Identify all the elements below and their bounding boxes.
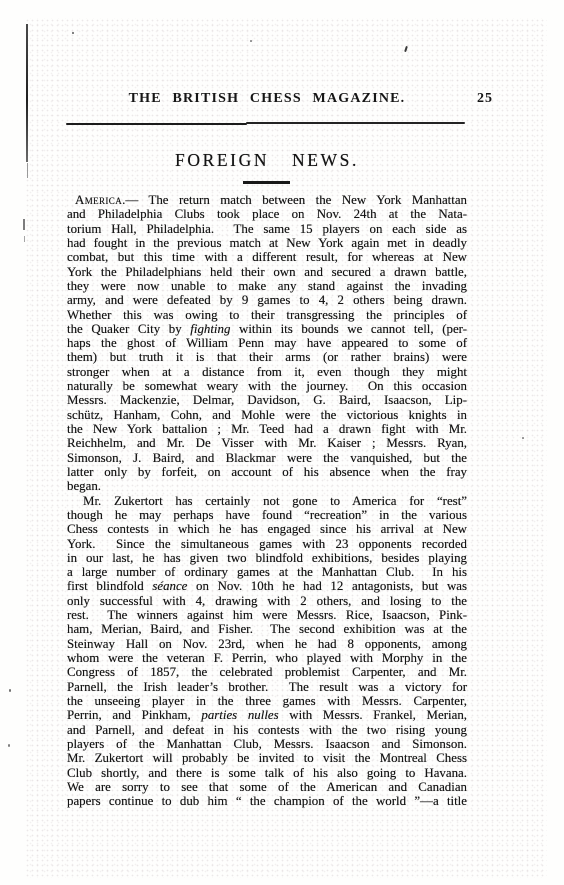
- text-line: the New York battalion ; Mr. Teed had a …: [67, 422, 467, 436]
- page-number: 25: [477, 91, 493, 106]
- scan-artifact-vertical-line: [26, 24, 28, 162]
- scan-artifact-dash: [23, 219, 25, 230]
- text-line: Whether this was owing to their transgre…: [67, 308, 467, 322]
- text-line: schütz, Hanham, Cohn, and Mohle were the…: [67, 408, 467, 422]
- text-line: in our last, he has given two blindfold …: [67, 551, 467, 565]
- text-line: they were now unable to make any stand a…: [67, 279, 467, 293]
- magazine-page: THE BRITISH CHESS MAGAZINE. 25 FOREIGN N…: [0, 0, 564, 885]
- text-line: rest. The winners against him were Messr…: [67, 608, 467, 622]
- text-line: York. Since the simultaneous games with …: [67, 537, 467, 551]
- scan-speck: [9, 689, 11, 692]
- text-line: had fought in the previous match at New …: [67, 236, 467, 250]
- text-line: army, and were defeated by 9 games to 4,…: [67, 293, 467, 307]
- text-line: haps the ghost of William Penn may have …: [67, 336, 467, 350]
- text-line: players of the Manhattan Club, Messrs. I…: [67, 737, 467, 751]
- body-text: America.— The return match between the N…: [67, 193, 467, 808]
- text-line: combat, but this time with a different r…: [67, 250, 467, 264]
- text-line: Chess contests in which he has engaged s…: [67, 522, 467, 536]
- text-line: Simonson, J. Baird, and Blackmar were th…: [67, 451, 467, 465]
- text-line: naturally be somewhat weary with the jou…: [67, 379, 467, 393]
- text-line: America.— The return match between the N…: [67, 193, 467, 207]
- scan-speck: [522, 437, 524, 439]
- running-header: THE BRITISH CHESS MAGAZINE.: [67, 91, 467, 106]
- text-line: the Quaker City by fighting within its b…: [67, 322, 467, 336]
- text-line: whom were the veteran F. Perrin, who pla…: [67, 651, 467, 665]
- text-line: stronger when at a distance from it, eve…: [67, 365, 467, 379]
- text-line: Congress of 1857, the celebrated problem…: [67, 665, 467, 679]
- text-line: first blindfold séance on Nov. 10th he h…: [67, 579, 467, 593]
- text-line: a large number of ordinary games at the …: [67, 565, 467, 579]
- text-line: Messrs. Mackenzie, Delmar, Davidson, G. …: [67, 393, 467, 407]
- text-line: Parnell, the Irish leader’s brother. The…: [67, 680, 467, 694]
- scan-artifact-dash: [24, 236, 25, 242]
- text-line: Reichhelm, and Mr. De Visser with Mr. Ka…: [67, 436, 467, 450]
- text-line: Mr. Zukertort has certainly not gone to …: [67, 494, 467, 508]
- paragraph: America.— The return match between the N…: [67, 193, 467, 494]
- text-line: Club shortly, and there is some talk of …: [67, 766, 467, 780]
- section-title-rule: [243, 181, 290, 184]
- text-line: began.: [67, 479, 467, 493]
- text-line: and Parnell, and defeat in his contests …: [67, 723, 467, 737]
- text-line: Mr. Zukertort will probably be invited t…: [67, 751, 467, 765]
- text-line: them) but truth it is that their arms (o…: [67, 350, 467, 364]
- text-line: Steinway Hall on Nov. 23rd, when he had …: [67, 637, 467, 651]
- text-line: ham, Merian, Baird, and Fisher. The seco…: [67, 622, 467, 636]
- header-rule-right-segment: [246, 122, 465, 124]
- scan-artifact-vertical-line-tail: [27, 163, 28, 178]
- text-line: and Philadelphia Clubs took place on Nov…: [67, 207, 467, 221]
- text-line: only successful with 4, drawing with 2 o…: [67, 594, 467, 608]
- text-line: York the Philadelphians held their own a…: [67, 265, 467, 279]
- text-line: Perrin, and Pinkham, parties nulles with…: [67, 708, 467, 722]
- text-line: the unseeing player in the three games w…: [67, 694, 467, 708]
- text-line: papers continue to dub him “ the champio…: [67, 794, 467, 808]
- running-header-title: THE BRITISH CHESS MAGAZINE.: [129, 91, 406, 106]
- text-line: though he may perhaps have found “recrea…: [67, 508, 467, 522]
- section-title: FOREIGN NEWS.: [67, 149, 467, 171]
- header-rule-left-segment: [66, 123, 247, 126]
- text-line: latter only by forfeit, on account of hi…: [67, 465, 467, 479]
- text-line: torium Hall, Philadelphia. The same 15 p…: [67, 222, 467, 236]
- text-line: We are sorry to see that some of the Ame…: [67, 780, 467, 794]
- scan-speck: [250, 40, 252, 42]
- scan-speck: [72, 32, 74, 34]
- scan-speck: [8, 744, 10, 747]
- paragraph: Mr. Zukertort has certainly not gone to …: [67, 494, 467, 809]
